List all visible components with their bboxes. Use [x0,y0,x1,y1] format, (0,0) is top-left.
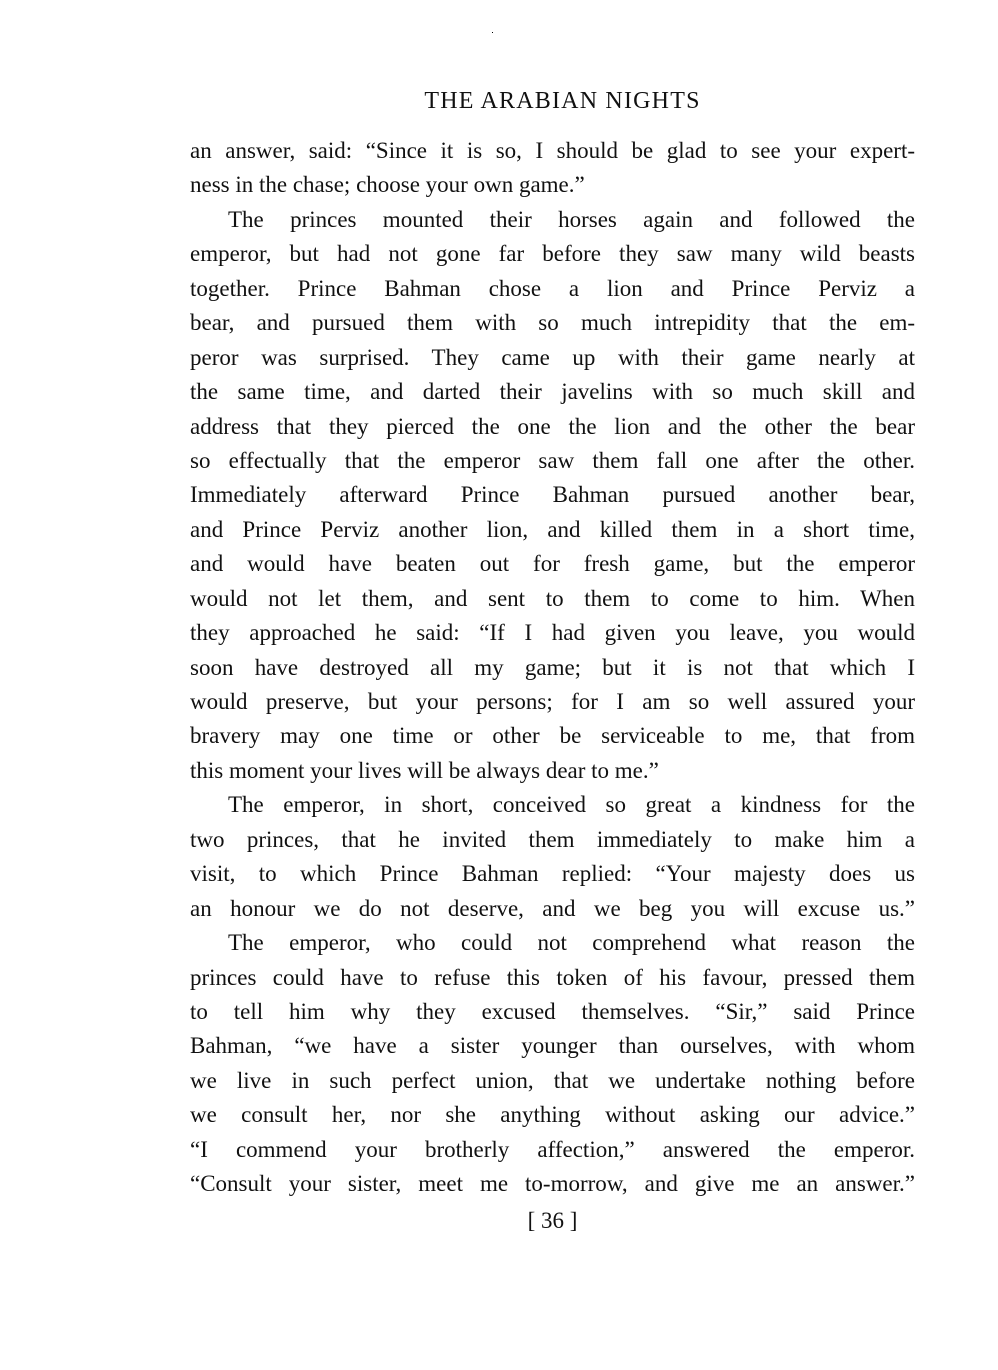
text-line: “I commend your brotherly affection,” an… [190,1133,915,1167]
text-line: an answer, said: “Since it is so, I shou… [190,134,915,168]
text-line: Bahman, “we have a sister younger than o… [190,1029,915,1063]
text-line: two princes, that he invited them immedi… [190,823,915,857]
text-line: together. Prince Bahman chose a lion and… [190,272,915,306]
text-line: address that they pierced the one the li… [190,410,915,444]
paragraph: an answer, said: “Since it is so, I shou… [190,134,915,203]
paragraph: The emperor, who could not comprehend wh… [190,926,915,1202]
text-line: Immediately afterward Prince Bahman purs… [190,478,915,512]
text-line: to tell him why they excused themselves.… [190,995,915,1029]
scan-speck [492,32,493,33]
text-line: an honour we do not deserve, and we beg … [190,892,915,926]
text-line: The emperor, in short, conceived so grea… [190,788,915,822]
text-line: would preserve, but your persons; for I … [190,685,915,719]
text-line: bravery may one time or other be service… [190,719,915,753]
text-line: and would have beaten out for fresh game… [190,547,915,581]
text-line: we live in such perfect union, that we u… [190,1064,915,1098]
text-line: we consult her, nor she anything without… [190,1098,915,1132]
paragraph: The princes mounted their horses again a… [190,203,915,788]
text-line: soon have destroyed all my game; but it … [190,651,915,685]
text-line: they approached he said: “If I had given… [190,616,915,650]
text-line: emperor, but had not gone far before the… [190,237,915,271]
text-line: the same time, and darted their javelins… [190,375,915,409]
text-line: peror was surprised. They came up with t… [190,341,915,375]
text-line: so effectually that the emperor saw them… [190,444,915,478]
text-line: ness in the chase; choose your own game.… [190,168,915,202]
paragraph: The emperor, in short, conceived so grea… [190,788,915,926]
text-line: The emperor, who could not comprehend wh… [190,926,915,960]
text-line: this moment your lives will be always de… [190,754,915,788]
text-line: The princes mounted their horses again a… [190,203,915,237]
page-number: [ 36 ] [190,1204,915,1238]
book-page: THE ARABIAN NIGHTS an answer, said: “Sin… [190,84,915,1238]
running-head: THE ARABIAN NIGHTS [210,84,915,134]
text-line: visit, to which Prince Bahman replied: “… [190,857,915,891]
text-line: would not let them, and sent to them to … [190,582,915,616]
text-line: princes could have to refuse this token … [190,961,915,995]
text-line: and Prince Perviz another lion, and kill… [190,513,915,547]
text-line: bear, and pursued them with so much intr… [190,306,915,340]
text-line: “Consult your sister, meet me to-morrow,… [190,1167,915,1201]
body-text: an answer, said: “Since it is so, I shou… [190,134,915,1202]
